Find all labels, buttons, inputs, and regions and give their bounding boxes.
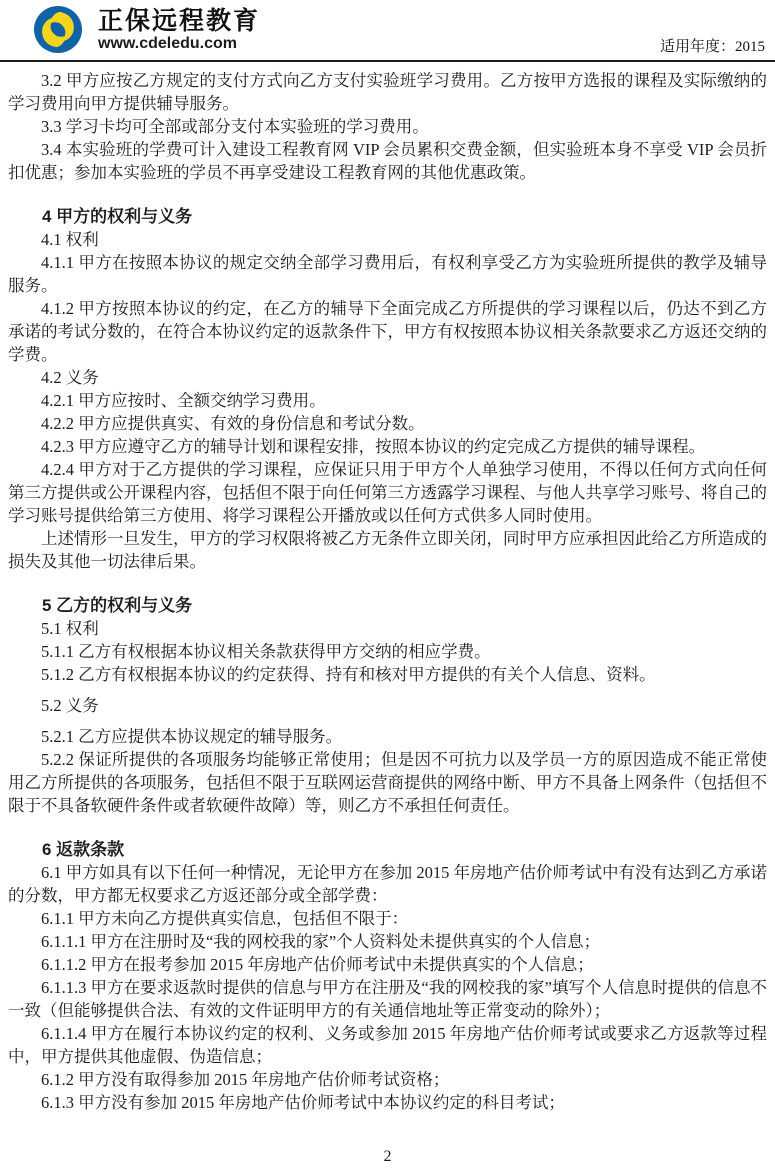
clause-paragraph: 3.4 本实验班的学费可计入建设工程教育网 VIP 会员累积交费金额，但实验班本… [8, 138, 767, 184]
clause-paragraph: 6.1.2 甲方没有取得参加 2015 年房地产估价师考试资格； [8, 1068, 767, 1091]
clause-paragraph: 4.1.1 甲方在按照本协议的规定交纳全部学习费用后，有权利享受乙方为实验班所提… [8, 251, 767, 297]
clause-paragraph: 上述情形一旦发生，甲方的学习权限将被乙方无条件立即关闭，同时甲方应承担因此给乙方… [8, 527, 767, 573]
clause-paragraph: 4.2.3 甲方应遵守乙方的辅导计划和课程安排，按照本协议的约定完成乙方提供的辅… [8, 435, 767, 458]
applicable-year-label: 适用年度：2015 [660, 35, 765, 56]
clause-paragraph: 5.1.2 乙方有权根据本协议的约定获得、持有和核对甲方提供的有关个人信息、资料… [8, 663, 767, 686]
clause-paragraph: 4.1 权利 [8, 228, 767, 251]
cdel-swirl-logo-icon [28, 5, 88, 54]
section-heading: 4 甲方的权利与义务 [8, 205, 767, 228]
clause-paragraph: 6.1 甲方如具有以下任何一种情况，无论甲方在参加 2015 年房地产估价师考试… [8, 861, 767, 907]
clause-paragraph: 5.1 权利 [8, 617, 767, 640]
clause-paragraph: 6.1.1.3 甲方在要求返款时提供的信息与甲方在注册及“我的网校我的家”填写个… [8, 976, 767, 1022]
document-page: 正保远程教育 www.cdeledu.com 适用年度：2015 3.2 甲方应… [0, 0, 775, 1174]
clause-paragraph: 3.3 学习卡均可全部或部分支付本实验班的学习费用。 [8, 115, 767, 138]
clause-paragraph: 6.1.1.2 甲方在报考参加 2015 年房地产估价师考试中未提供真实的个人信… [8, 953, 767, 976]
section-heading: 5 乙方的权利与义务 [8, 594, 767, 617]
brand-text-block: 正保远程教育 www.cdeledu.com [98, 7, 260, 53]
page-header: 正保远程教育 www.cdeledu.com 适用年度：2015 [0, 0, 775, 62]
clause-paragraph: 6.1.3 甲方没有参加 2015 年房地产估价师考试中本协议约定的科目考试； [8, 1091, 767, 1114]
clause-paragraph: 4.2 义务 [8, 366, 767, 389]
clause-paragraph: 4.2.4 甲方对于乙方提供的学习课程，应保证只用于甲方个人单独学习使用，不得以… [8, 458, 767, 527]
clause-paragraph: 4.2.2 甲方应提供真实、有效的身份信息和考试分数。 [8, 412, 767, 435]
clause-paragraph: 5.2.2 保证所提供的各项服务均能够正常使用；但是因不可抗力以及学员一方的原因… [8, 748, 767, 817]
clause-paragraph: 4.1.2 甲方按照本协议的约定，在乙方的辅导下全面完成乙方所提供的学习课程以后… [8, 297, 767, 366]
brand-url: www.cdeledu.com [98, 35, 260, 53]
company-logo: 正保远程教育 www.cdeledu.com [28, 5, 260, 54]
clause-paragraph: 6.1.1.4 甲方在履行本协议约定的权利、义务或参加 2015 年房地产估价师… [8, 1022, 767, 1068]
clause-paragraph: 6.1.1 甲方未向乙方提供真实信息，包括但不限于： [8, 907, 767, 930]
section-heading: 6 返款条款 [8, 838, 767, 861]
clause-paragraph: 4.2.1 甲方应按时、全额交纳学习费用。 [8, 389, 767, 412]
document-body: 3.2 甲方应按乙方规定的支付方式向乙方支付实验班学习费用。乙方按甲方选报的课程… [0, 62, 775, 1114]
brand-title: 正保远程教育 [98, 7, 260, 35]
clause-paragraph: 3.2 甲方应按乙方规定的支付方式向乙方支付实验班学习费用。乙方按甲方选报的课程… [8, 69, 767, 115]
page-number: 2 [0, 1148, 775, 1166]
clause-paragraph: 5.1.1 乙方有权根据本协议相关条款获得甲方交纳的相应学费。 [8, 640, 767, 663]
clause-paragraph: 5.2 义务 [8, 694, 767, 717]
clause-paragraph: 6.1.1.1 甲方在注册时及“我的网校我的家”个人资料处未提供真实的个人信息； [8, 930, 767, 953]
clause-paragraph: 5.2.1 乙方应提供本协议规定的辅导服务。 [8, 725, 767, 748]
